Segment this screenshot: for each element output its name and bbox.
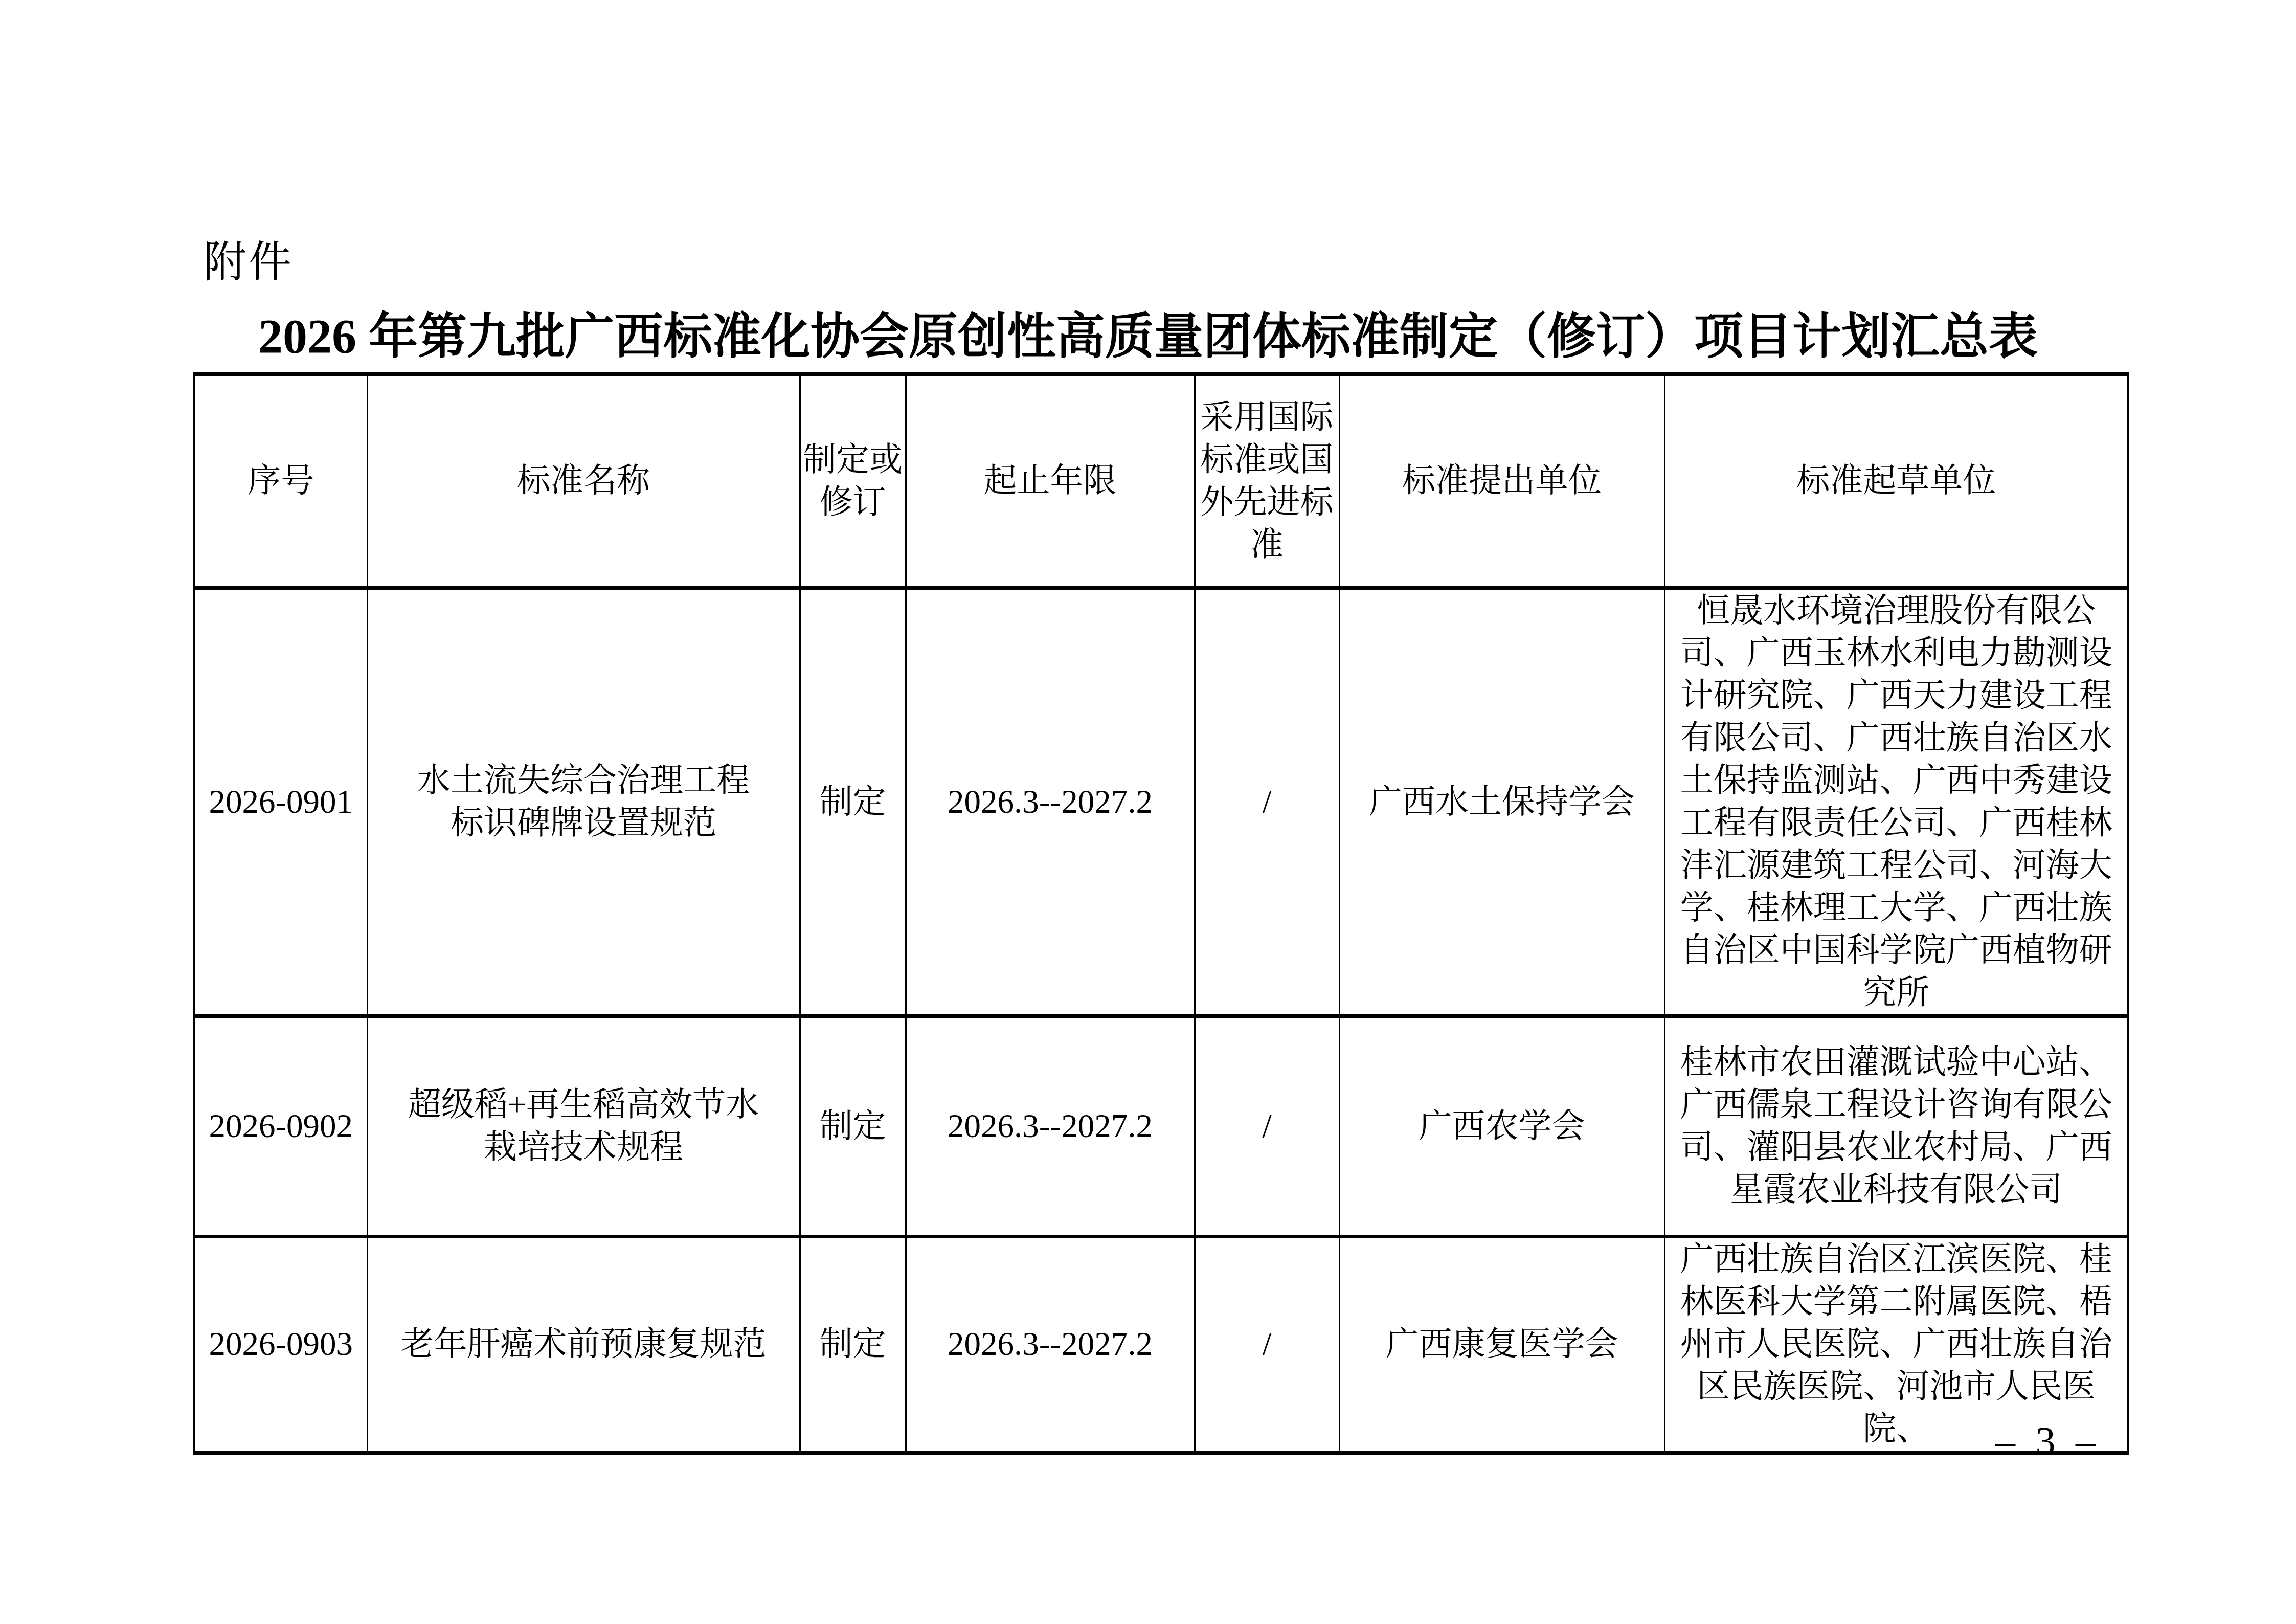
cell-drafters: 恒晟水环境治理股份有限公司、广西玉林水利电力勘测设计研究院、广西天力建设工程有限…: [1664, 588, 2128, 1016]
attachment-label: 附件: [204, 239, 294, 286]
col-header-drafters: 标准起草单位: [1664, 374, 2128, 588]
col-header-adoption: 采用国际标准或国外先进标准: [1195, 374, 1339, 588]
cell-name: 超级稻+再生稻高效节水 栽培技术规程: [367, 1016, 800, 1237]
col-header-name: 标准名称: [367, 374, 800, 588]
page-title: 2026 年第九批广西标准化协会原创性高质量团体标准制定（修订）项目计划汇总表: [0, 311, 2296, 363]
cell-seq: 2026-0901: [194, 588, 367, 1016]
cell-seq: 2026-0903: [194, 1237, 367, 1453]
cell-name: 水土流失综合治理工程 标识碑牌设置规范: [367, 588, 800, 1016]
col-header-type: 制定或修订: [800, 374, 906, 588]
cell-proposer: 广西农学会: [1339, 1016, 1664, 1237]
cell-adoption: /: [1195, 1237, 1339, 1453]
cell-type: 制定: [800, 1016, 906, 1237]
cell-proposer: 广西水土保持学会: [1339, 588, 1664, 1016]
table-header-row: 序号 标准名称 制定或修订 起止年限 采用国际标准或国外先进标准 标准提出单位 …: [194, 374, 2128, 588]
cell-drafters: 桂林市农田灌溉试验中心站、广西儒泉工程设计咨询有限公司、灌阳县农业农村局、广西星…: [1664, 1016, 2128, 1237]
cell-name: 老年肝癌术前预康复规范: [367, 1237, 800, 1453]
cell-seq: 2026-0902: [194, 1016, 367, 1237]
cell-adoption: /: [1195, 588, 1339, 1016]
cell-proposer: 广西康复医学会: [1339, 1237, 1664, 1453]
col-header-proposer: 标准提出单位: [1339, 374, 1664, 588]
table-row: 2026-0901 水土流失综合治理工程 标识碑牌设置规范 制定 2026.3-…: [194, 588, 2128, 1016]
col-header-period: 起止年限: [906, 374, 1195, 588]
standards-plan-table: 序号 标准名称 制定或修订 起止年限 采用国际标准或国外先进标准 标准提出单位 …: [193, 372, 2129, 1455]
cell-period: 2026.3--2027.2: [906, 588, 1195, 1016]
cell-adoption: /: [1195, 1016, 1339, 1237]
page-number: – 3 –: [1995, 1421, 2101, 1461]
col-header-seq: 序号: [194, 374, 367, 588]
cell-period: 2026.3--2027.2: [906, 1016, 1195, 1237]
table-row: 2026-0902 超级稻+再生稻高效节水 栽培技术规程 制定 2026.3--…: [194, 1016, 2128, 1237]
cell-type: 制定: [800, 588, 906, 1016]
document-page: 附件 2026 年第九批广西标准化协会原创性高质量团体标准制定（修订）项目计划汇…: [0, 0, 2296, 1624]
cell-period: 2026.3--2027.2: [906, 1237, 1195, 1453]
table-row: 2026-0903 老年肝癌术前预康复规范 制定 2026.3--2027.2 …: [194, 1237, 2128, 1453]
cell-type: 制定: [800, 1237, 906, 1453]
